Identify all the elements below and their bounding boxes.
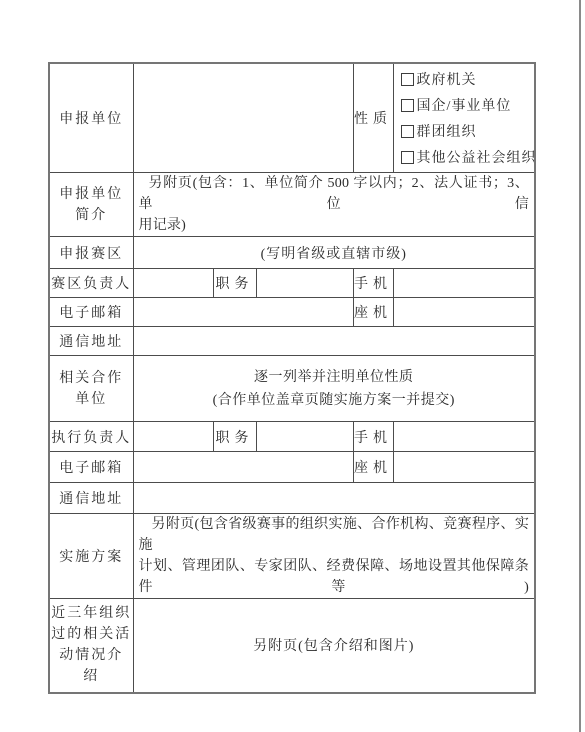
zone-head-name-cell	[133, 269, 213, 298]
landline-2-value-cell	[393, 452, 535, 483]
nature-option-label: 政府机关	[417, 69, 477, 89]
email-1-value-cell	[133, 298, 353, 327]
nature-option-label: 群团组织	[417, 121, 477, 141]
row-partners: 相关合作 单位 逐一列举并注明单位性质 (合作单位盖章页随实施方案一并提交)	[49, 356, 535, 422]
address-1-value-cell	[133, 327, 535, 356]
row-zone-head: 赛区负责人 职务 手机	[49, 269, 535, 298]
past-activities-content-cell: 另附页(包含介绍和图片)	[133, 599, 535, 693]
implementation-plan-label: 实施方案	[49, 514, 133, 599]
row-competition-zone: 申报赛区 (写明省级或直辖市级)	[49, 237, 535, 269]
row-email-1: 电子邮箱 座机	[49, 298, 535, 327]
address-2-value-cell	[133, 483, 535, 514]
landline-1-label: 座机	[353, 298, 393, 327]
partners-label: 相关合作 单位	[49, 356, 133, 422]
zone-head-duty-label: 职务	[213, 269, 256, 298]
email-2-value-cell	[133, 452, 353, 483]
page-edge-line	[579, 0, 581, 732]
implementation-plan-content-cell: 另附页(包含省级赛事的组织实施、合作机构、竞赛程序、实施 计划、管理团队、专家团…	[133, 514, 535, 599]
exec-head-mobile-label: 手机	[353, 422, 393, 452]
row-exec-head: 执行负责人 职务 手机	[49, 422, 535, 452]
exec-head-duty-label: 职务	[213, 422, 256, 452]
zone-head-mobile-label: 手机	[353, 269, 393, 298]
sponsor-unit-label: 申报单位	[49, 63, 133, 173]
nature-option-label: 国企/事业单位	[417, 95, 512, 115]
sponsor-intro-label: 申报单位 简介	[49, 173, 133, 237]
nature-option-label: 其他公益社会组织	[417, 147, 536, 167]
zone-head-label: 赛区负责人	[49, 269, 133, 298]
row-address-1: 通信地址	[49, 327, 535, 356]
nature-option-state-enterprise: 国企/事业单位	[401, 92, 535, 118]
zone-head-mobile-cell	[393, 269, 535, 298]
application-form-table: 申报单位 性质 政府机关 国企/事业单位 群团组织 其他公益社会组	[48, 62, 536, 694]
past-activities-label: 近三年组织 过的相关活 动情况介 绍	[49, 599, 133, 693]
sponsor-intro-content-cell: 另附页(包含：1、单位简介 500 字以内；2、法人证书；3、单位信 用记录)	[133, 173, 535, 237]
row-past-activities: 近三年组织 过的相关活 动情况介 绍 另附页(包含介绍和图片)	[49, 599, 535, 693]
nature-option-other-public-welfare: 其他公益社会组织	[401, 144, 535, 170]
row-address-2: 通信地址	[49, 483, 535, 514]
exec-head-name-cell	[133, 422, 213, 452]
address-1-label: 通信地址	[49, 327, 133, 356]
checkbox-icon	[401, 125, 414, 138]
checkbox-icon	[401, 99, 414, 112]
landline-1-value-cell	[393, 298, 535, 327]
row-sponsor-unit: 申报单位 性质 政府机关 国企/事业单位 群团组织 其他公益社会组	[49, 63, 535, 173]
exec-head-label: 执行负责人	[49, 422, 133, 452]
competition-zone-content-cell: (写明省级或直辖市级)	[133, 237, 535, 269]
partners-content-cell: 逐一列举并注明单位性质 (合作单位盖章页随实施方案一并提交)	[133, 356, 535, 422]
checkbox-icon	[401, 151, 414, 164]
sponsor-unit-value-cell	[133, 63, 353, 173]
nature-label: 性质	[353, 63, 393, 173]
scanned-form-page: 申报单位 性质 政府机关 国企/事业单位 群团组织 其他公益社会组	[0, 0, 585, 732]
row-implementation-plan: 实施方案 另附页(包含省级赛事的组织实施、合作机构、竞赛程序、实施 计划、管理团…	[49, 514, 535, 599]
exec-head-duty-cell	[256, 422, 353, 452]
email-1-label: 电子邮箱	[49, 298, 133, 327]
email-2-label: 电子邮箱	[49, 452, 133, 483]
row-email-2: 电子邮箱 座机	[49, 452, 535, 483]
nature-option-government: 政府机关	[401, 66, 535, 92]
landline-2-label: 座机	[353, 452, 393, 483]
competition-zone-label: 申报赛区	[49, 237, 133, 269]
checkbox-icon	[401, 73, 414, 86]
address-2-label: 通信地址	[49, 483, 133, 514]
exec-head-mobile-cell	[393, 422, 535, 452]
nature-options-cell: 政府机关 国企/事业单位 群团组织 其他公益社会组织	[393, 63, 535, 173]
zone-head-duty-cell	[256, 269, 353, 298]
nature-option-mass-organization: 群团组织	[401, 118, 535, 144]
row-sponsor-intro: 申报单位 简介 另附页(包含：1、单位简介 500 字以内；2、法人证书；3、单…	[49, 173, 535, 237]
